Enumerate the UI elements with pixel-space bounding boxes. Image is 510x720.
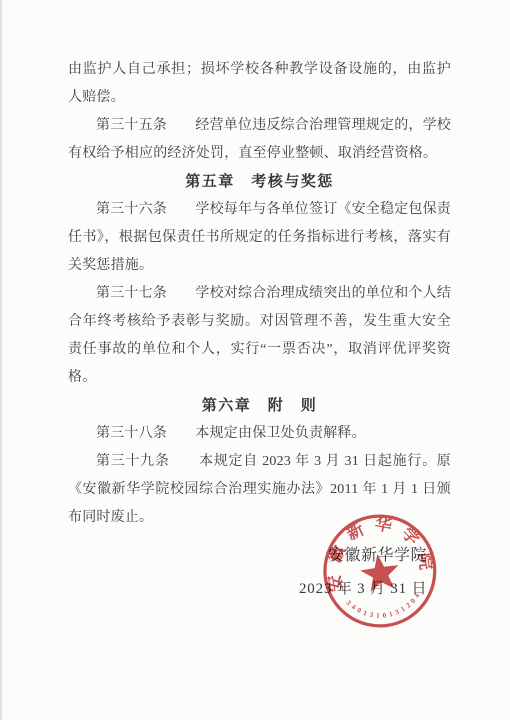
chapter-heading-5: 第五章 考核与奖惩 [68,168,451,196]
doc-paragraph-article-35: 第三十五条 经营单位违反综合治理管理规定的，学校有权给予相应的经济处罚，直至停业… [68,112,451,168]
chapter-heading-6: 第六章 附 则 [68,392,451,420]
doc-paragraph-article-37: 第三十七条 学校对综合治理成绩突出的单位和个人结合年终考核给予表彰与奖励。对因管… [68,280,451,392]
scan-edge [0,0,3,720]
document-body: 由监护人自己承担；损坏学校各种教学设备设施的，由监护人赔偿。 第三十五条 经营单… [68,56,451,532]
doc-paragraph-article-38: 第三十八条 本规定由保卫处负责解释。 [68,420,451,448]
doc-paragraph-article-36: 第三十六条 学校每年与各单位签订《安全稳定包保责任书》，根据包保责任书所规定的任… [68,196,451,280]
official-seal: 安徽新华学院 3401310131204 [311,503,449,641]
doc-paragraph: 由监护人自己承担；损坏学校各种教学设备设施的，由监护人赔偿。 [68,56,451,112]
star-icon [358,551,401,593]
document-page: 由监护人自己承担；损坏学校各种教学设备设施的，由监护人赔偿。 第三十五条 经营单… [0,0,510,720]
